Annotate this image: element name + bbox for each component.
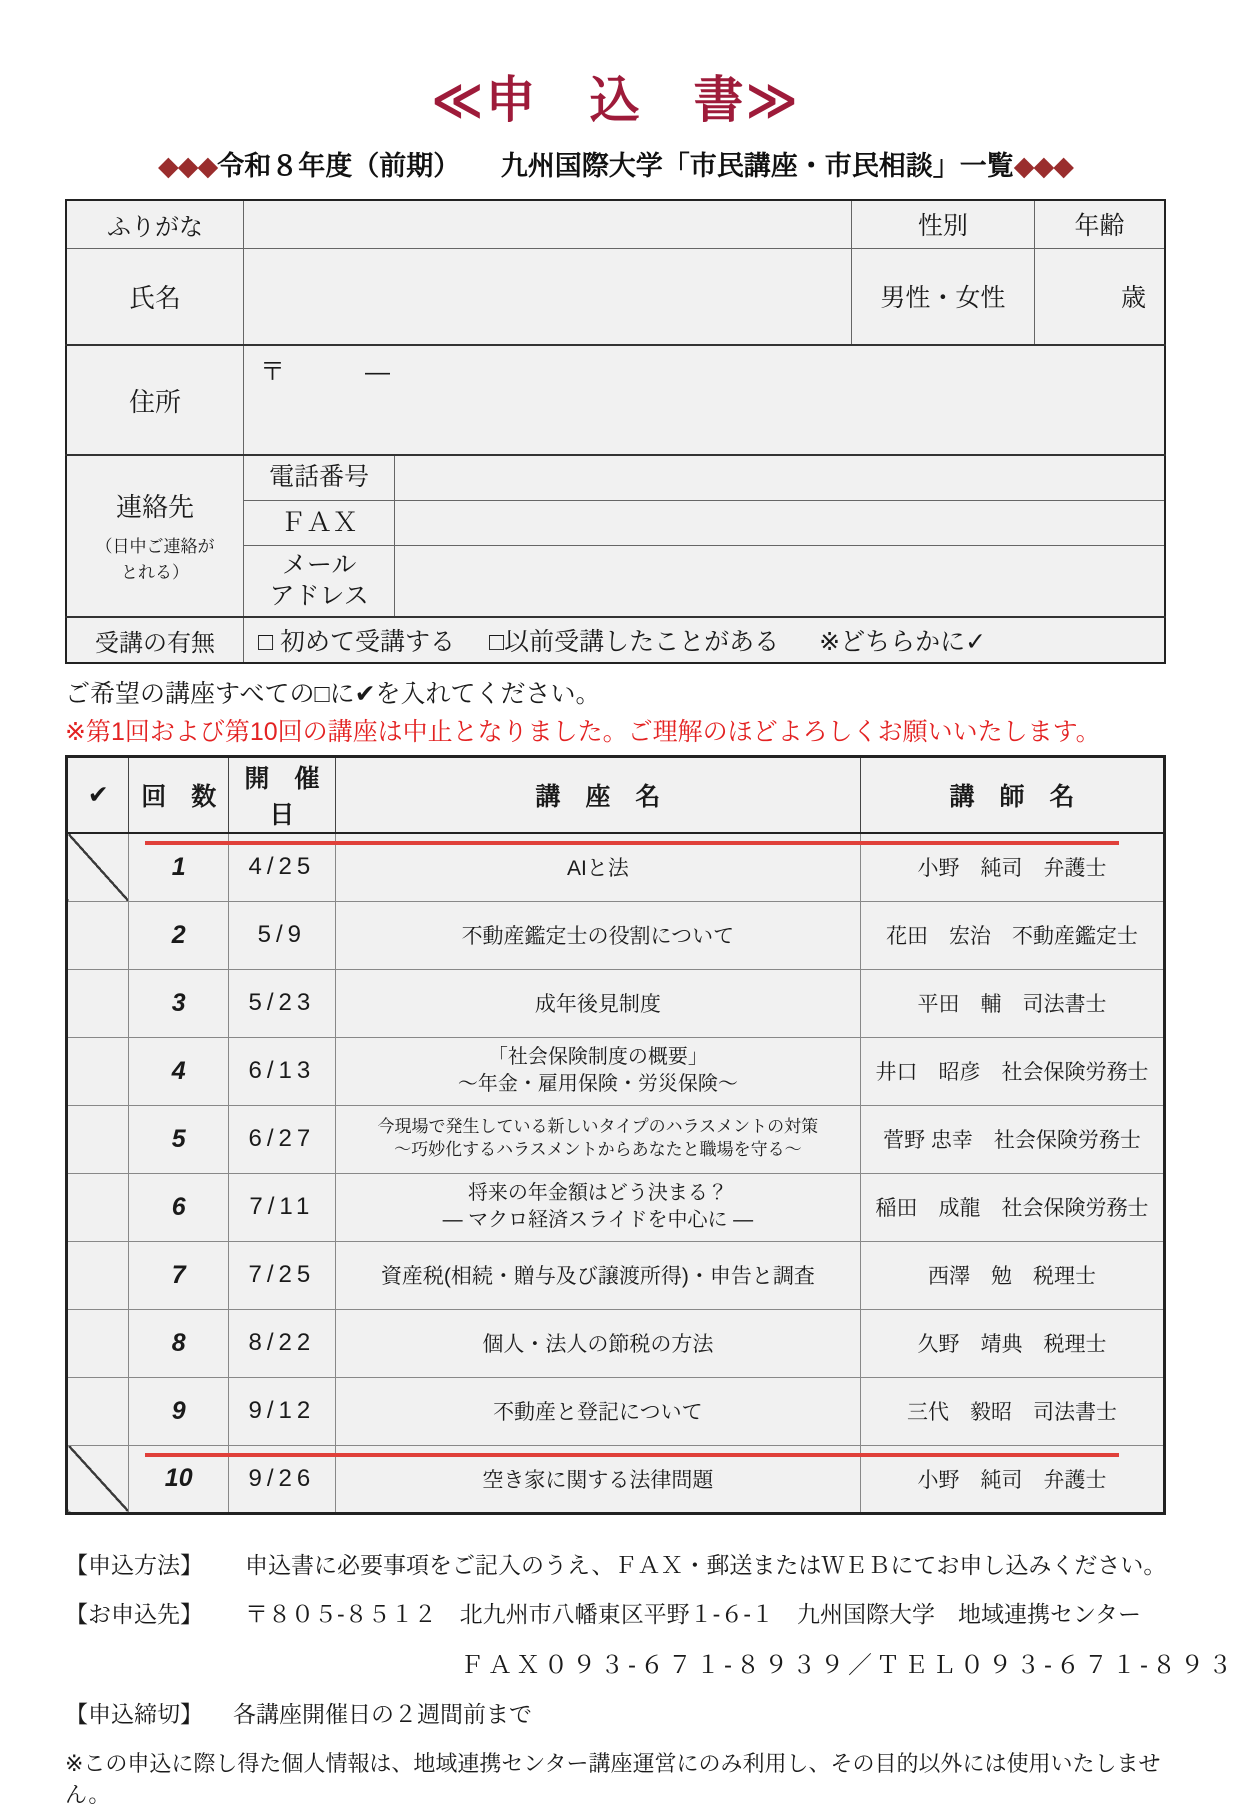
header-date: 開 催 日 (229, 757, 336, 834)
furigana-label: ふりがな (66, 200, 243, 248)
course-no: 6 (129, 1173, 229, 1241)
header-course: 講 座 名 (335, 757, 860, 834)
lecture-row-3: 3 5/23 成年後見制度 平田 輔 司法書士 (67, 969, 1165, 1037)
lecture-table: ✔ 回 数 開 催 日 講 座 名 講 師 名 1 4/25 AIと法 小野 純… (65, 755, 1166, 1515)
to-label: 【お申込先】 (65, 1596, 203, 1629)
cancel-strikethrough-row-10 (145, 1453, 1119, 1457)
age-header: 年齢 (1035, 200, 1165, 248)
postal-mark: 〒 (260, 358, 285, 386)
lecture-table-header-row: ✔ 回 数 開 催 日 講 座 名 講 師 名 (67, 757, 1165, 834)
address-label: 住所 (66, 345, 243, 455)
course-title: 「社会保険制度の概要」 ～年金・雇用保険・労災保険～ (335, 1037, 860, 1105)
course-date: 7/25 (229, 1241, 336, 1309)
course-checkbox-cell[interactable] (67, 1241, 129, 1309)
course-title: 不動産と登記について (335, 1377, 860, 1445)
instruction-line-1: ご希望の講座すべての□に✔を入れてください。 (65, 674, 1166, 710)
course-lecturer: 三代 毅昭 司法書士 (861, 1377, 1165, 1445)
course-checkbox-cell-slashed (67, 833, 129, 901)
fax-input-cell[interactable] (395, 500, 1165, 545)
email-input-cell[interactable] (395, 545, 1165, 617)
course-checkbox-cell[interactable] (67, 969, 129, 1037)
lecture-row-5: 5 6/27 今現場で発生している新しいタイプのハラスメントの対策 ～巧妙化する… (67, 1105, 1165, 1173)
course-no: 7 (129, 1241, 229, 1309)
attendance-option-previous[interactable]: □以前受講したことがある (489, 628, 779, 656)
contact-label: 連絡先 (67, 487, 243, 524)
gender-header: 性別 (851, 200, 1035, 248)
header-check-icon: ✔ (67, 757, 129, 834)
deadline-line: 【申込締切】各講座開催日の２週間前まで (65, 1696, 1166, 1729)
furigana-input-cell[interactable] (243, 200, 851, 248)
course-date: 5/9 (229, 901, 336, 969)
course-checkbox-cell[interactable] (67, 1377, 129, 1445)
page: ≪申 込 書≫ ◆◆◆令和８年度（前期） 九州国際大学「市民講座・市民相談」一覧… (65, 0, 1166, 1809)
fax-label: ＦＡＸ (243, 500, 394, 545)
course-title: 将来の年金額はどう決まる？ ― マクロ経済スライドを中心に ― (335, 1173, 860, 1241)
postal-dash: ― (365, 358, 390, 387)
phone-input-cell[interactable] (395, 455, 1165, 500)
email-label: メール アドレス (243, 545, 394, 617)
course-no: 2 (129, 901, 229, 969)
header-no: 回 数 (129, 757, 229, 834)
course-checkbox-cell[interactable] (67, 1173, 129, 1241)
method-label: 【申込方法】 (65, 1547, 203, 1580)
application-method-line: 【申込方法】申込書に必要事項をご記入のうえ、ＦＡＸ・郵送またはＷＥＢにてお申し込… (65, 1547, 1166, 1580)
address-input-cell[interactable]: 〒― (243, 345, 1165, 455)
course-no: 4 (129, 1037, 229, 1105)
method-text: 申込書に必要事項をご記入のうえ、ＦＡＸ・郵送またはＷＥＢにてお申し込みください。 (245, 1552, 1166, 1578)
page-subtitle: ◆◆◆令和８年度（前期） 九州国際大学「市民講座・市民相談」一覧◆◆◆ (65, 144, 1166, 183)
footer: 【申込方法】申込書に必要事項をご記入のうえ、ＦＡＸ・郵送またはＷＥＢにてお申し込… (65, 1547, 1166, 1809)
course-checkbox-cell[interactable] (67, 1037, 129, 1105)
privacy-note: ※この申込に際し得た個人情報は、地域連携センター講座運営にのみ利用し、その目的以… (65, 1747, 1166, 1809)
to-text: 〒８０５-８５１２ 北九州市八幡東区平野１-６-１ 九州国際大学 地域連携センタ… (245, 1601, 1141, 1627)
lecture-row-6: 6 7/11 将来の年金額はどう決まる？ ― マクロ経済スライドを中心に ― 稲… (67, 1173, 1165, 1241)
name-label: 氏名 (66, 248, 243, 345)
course-no: 8 (129, 1309, 229, 1377)
name-input-cell[interactable] (243, 248, 851, 345)
course-checkbox-cell[interactable] (67, 901, 129, 969)
course-date: 6/13 (229, 1037, 336, 1105)
course-lecturer: 平田 輔 司法書士 (861, 969, 1165, 1037)
lecture-row-8: 8 8/22 個人・法人の節税の方法 久野 靖典 税理士 (67, 1309, 1165, 1377)
course-no: 3 (129, 969, 229, 1037)
lecture-row-4: 4 6/13 「社会保険制度の概要」 ～年金・雇用保険・労災保険～ 井口 昭彦 … (67, 1037, 1165, 1105)
attendance-label: 受講の有無 (66, 617, 243, 663)
applicant-form-table: ふりがな 性別 年齢 氏名 男性・女性 歳 住所 〒― 連絡先 （日中ご連絡が … (65, 199, 1166, 664)
course-date: 5/23 (229, 969, 336, 1037)
course-lecturer: 花田 宏治 不動産鑑定士 (861, 901, 1165, 969)
attendance-options-cell: □ 初めて受講する□以前受講したことがある※どちらかに✓ (243, 617, 1165, 663)
diamonds-right-icon: ◆◆◆ (1014, 151, 1073, 181)
course-title: 今現場で発生している新しいタイプのハラスメントの対策 ～巧妙化するハラスメントか… (335, 1105, 860, 1173)
course-date: 7/11 (229, 1173, 336, 1241)
deadline-label: 【申込締切】 (65, 1696, 203, 1729)
page-title: ≪申 込 書≫ (65, 60, 1166, 132)
course-checkbox-cell[interactable] (67, 1309, 129, 1377)
deadline-text: 各講座開催日の２週間前まで (233, 1701, 532, 1727)
contact-note: （日中ご連絡が とれる） (67, 534, 243, 585)
lecture-row-7: 7 7/25 資産税(相続・贈与及び譲渡所得)・申告と調査 西澤 勉 税理士 (67, 1241, 1165, 1309)
instruction-line-2-cancel-notice: ※第1回および第10回の講座は中止となりました。ご理解のほどよろしくお願いいたし… (65, 712, 1166, 748)
phone-label: 電話番号 (243, 455, 394, 500)
lecture-table-wrap: ✔ 回 数 開 催 日 講 座 名 講 師 名 1 4/25 AIと法 小野 純… (65, 755, 1166, 1515)
course-title: 成年後見制度 (335, 969, 860, 1037)
course-lecturer: 稲田 成龍 社会保険労務士 (861, 1173, 1165, 1241)
course-title: 資産税(相続・贈与及び譲渡所得)・申告と調査 (335, 1241, 860, 1309)
gender-option-cell[interactable]: 男性・女性 (851, 248, 1035, 345)
course-no: 5 (129, 1105, 229, 1173)
course-title: 不動産鑑定士の役割について (335, 901, 860, 969)
application-address-line: 【お申込先】〒８０５-８５１２ 北九州市八幡東区平野１-６-１ 九州国際大学 地… (65, 1596, 1166, 1629)
course-lecturer: 西澤 勉 税理士 (861, 1241, 1165, 1309)
course-lecturer: 久野 靖典 税理士 (861, 1309, 1165, 1377)
lecture-row-9: 9 9/12 不動産と登記について 三代 毅昭 司法書士 (67, 1377, 1165, 1445)
lecture-row-2: 2 5/9 不動産鑑定士の役割について 花田 宏治 不動産鑑定士 (67, 901, 1165, 969)
course-date: 8/22 (229, 1309, 336, 1377)
course-lecturer: 菅野 忠幸 社会保険労務士 (861, 1105, 1165, 1173)
course-no: 9 (129, 1377, 229, 1445)
cancel-strikethrough-row-1 (145, 841, 1119, 845)
diamonds-left-icon: ◆◆◆ (158, 151, 217, 181)
course-title: 個人・法人の節税の方法 (335, 1309, 860, 1377)
attendance-note: ※どちらかに✓ (819, 628, 986, 656)
fax-tel-line: ＦＡＸ０９３-６７１-８９３９／ＴＥＬ０９３-６７１-８９３６ (460, 1645, 1166, 1680)
age-input-cell[interactable]: 歳 (1035, 248, 1165, 345)
course-date: 6/27 (229, 1105, 336, 1173)
course-date: 9/12 (229, 1377, 336, 1445)
attendance-option-first-time[interactable]: □ 初めて受講する (258, 628, 455, 656)
course-checkbox-cell[interactable] (67, 1105, 129, 1173)
header-lecturer: 講 師 名 (861, 757, 1165, 834)
contact-label-cell: 連絡先 （日中ご連絡が とれる） (66, 455, 243, 617)
course-lecturer: 井口 昭彦 社会保険労務士 (861, 1037, 1165, 1105)
course-checkbox-cell-slashed (67, 1445, 129, 1513)
subtitle-text: 令和８年度（前期） 九州国際大学「市民講座・市民相談」一覧 (217, 151, 1014, 181)
